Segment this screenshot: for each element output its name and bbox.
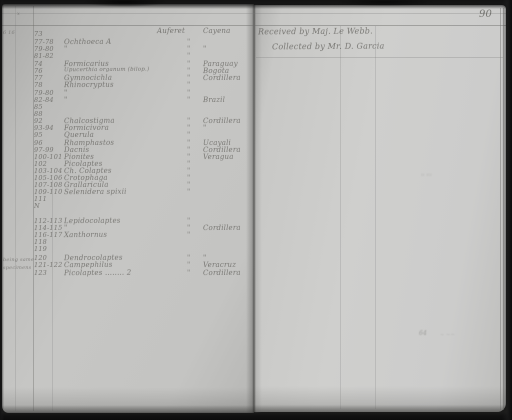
scanner-shadow-bottom xyxy=(0,404,512,420)
scanner-shadow-right xyxy=(502,0,512,420)
scanner-shadow-left xyxy=(0,0,4,420)
pencil-mark: ıı ııı xyxy=(421,172,432,178)
pencil-mark: 64 xyxy=(419,330,427,337)
scanned-ledger-spread: x Auferet Cayena 6 167377-78Ochthoeca A"… xyxy=(0,0,512,420)
pencil-marks: ıı ııı64~ ~~ xyxy=(0,0,512,420)
scanner-shadow-top xyxy=(0,0,512,16)
pencil-mark: ~ ~~ xyxy=(440,332,455,338)
